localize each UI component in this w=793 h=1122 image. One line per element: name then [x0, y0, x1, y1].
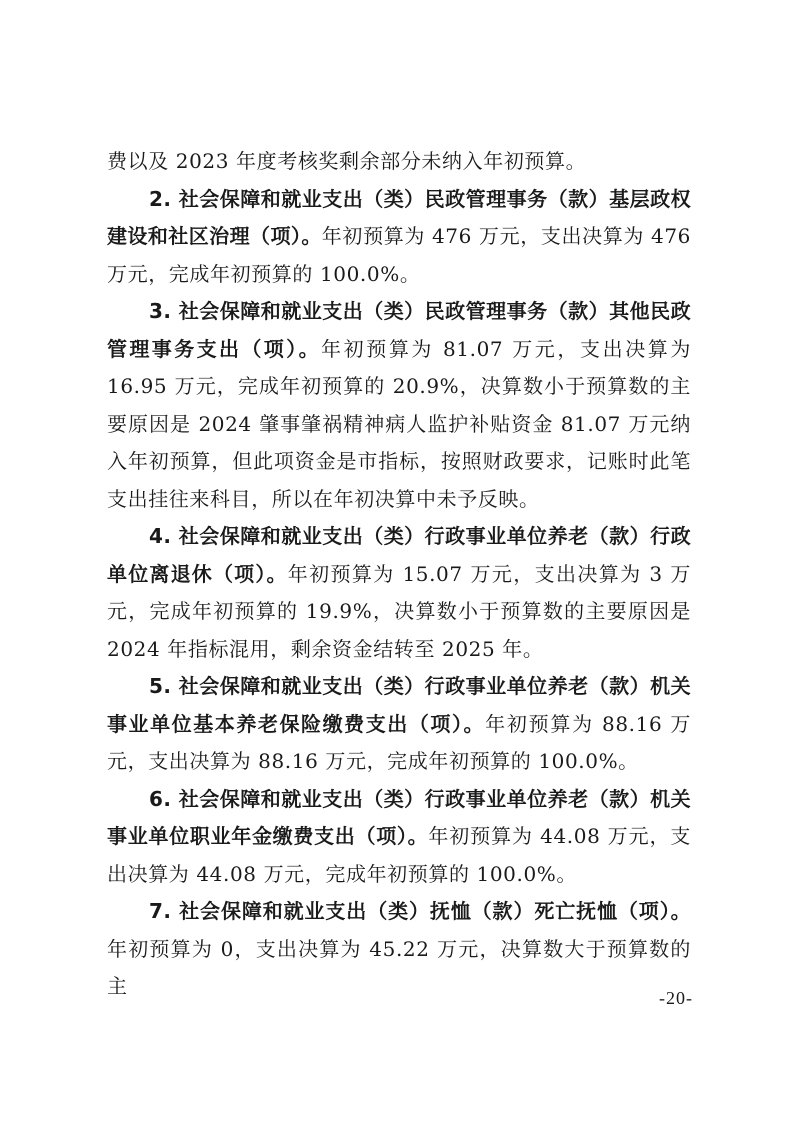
continuation-paragraph: 费以及 2023 年度考核奖剩余部分未纳入年初预算。	[107, 143, 691, 181]
item-paragraph-5: 5. 社会保障和就业支出（类）行政事业单位养老（款）机关事业单位基本养老保险缴费…	[107, 668, 691, 781]
item-paragraph-4: 4. 社会保障和就业支出（类）行政事业单位养老（款）行政单位离退休（项）。年初预…	[107, 518, 691, 668]
page-number: -20-	[659, 988, 693, 1009]
item-body: 年初预算为 81.07 万元，支出决算为 16.95 万元，完成年初预算的 20…	[107, 337, 691, 511]
item-paragraph-2: 2. 社会保障和就业支出（类）民政管理事务（款）基层政权建设和社区治理（项）。年…	[107, 181, 691, 294]
document-page: 费以及 2023 年度考核奖剩余部分未纳入年初预算。 2. 社会保障和就业支出（…	[107, 143, 691, 1006]
item-body: 年初预算为 0，支出决算为 45.22 万元，决算数大于预算数的主	[107, 937, 691, 999]
item-paragraph-3: 3. 社会保障和就业支出（类）民政管理事务（款）其他民政管理事务支出（项）。年初…	[107, 293, 691, 518]
item-paragraph-7: 7. 社会保障和就业支出（类）抚恤（款）死亡抚恤（项）。年初预算为 0，支出决算…	[107, 893, 691, 1006]
item-heading: 7. 社会保障和就业支出（类）抚恤（款）死亡抚恤（项）。	[149, 899, 691, 923]
item-paragraph-6: 6. 社会保障和就业支出（类）行政事业单位养老（款）机关事业单位职业年金缴费支出…	[107, 781, 691, 894]
